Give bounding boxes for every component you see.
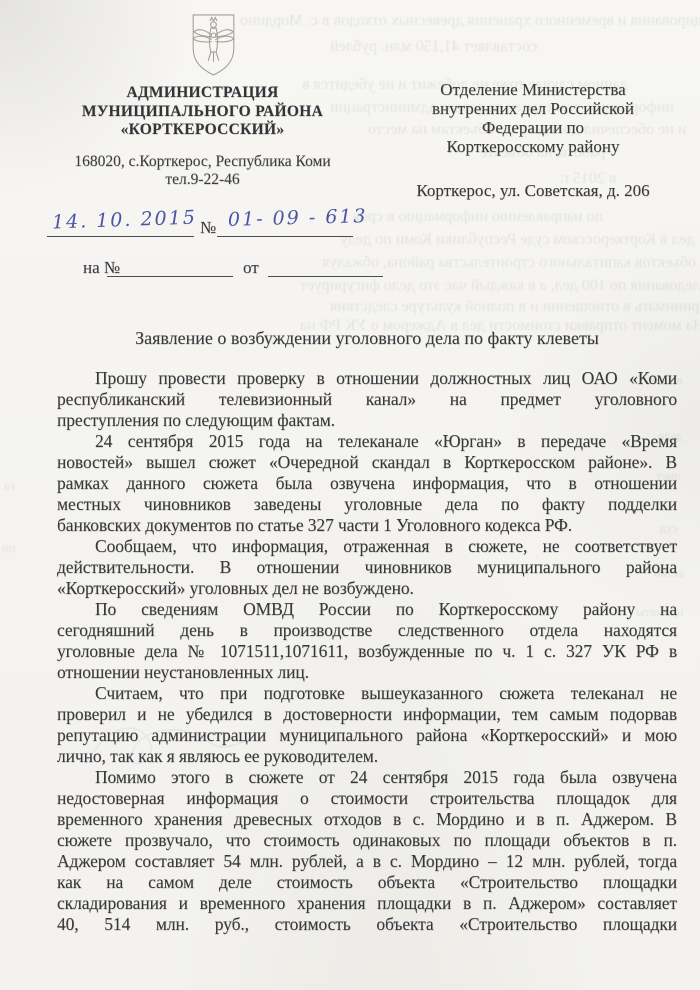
document-title: Заявление о возбуждении уголовного дела … bbox=[57, 328, 677, 349]
bleedthrough-text: объектов капитального строительства райо… bbox=[322, 254, 696, 272]
scanned-letter-page: дирования и временного хранения древесны… bbox=[0, 0, 700, 990]
bleedthrough-text: мост принимать в отношении и в полной ку… bbox=[330, 298, 700, 316]
body-line: действительности. В отношении чиновников… bbox=[57, 557, 677, 578]
body-line: Аджером составляет 54 млн. рублей, а в с… bbox=[57, 851, 677, 872]
body-line: «Корткеросский» уголовных дел не возбужд… bbox=[57, 578, 677, 599]
body-line: временного хранения древесных отходов в … bbox=[57, 809, 677, 830]
body-line: рамках данного сюжета была озвучена инфо… bbox=[57, 473, 677, 494]
org-phone: тел.9-22-46 bbox=[30, 171, 375, 190]
org-name-line: МУНИЦИПАЛЬНОГО РАЙОНА bbox=[30, 103, 375, 122]
bleedthrough-text: по направлению информацию в срок bbox=[352, 208, 603, 226]
reply-to-blank bbox=[107, 276, 233, 277]
body-line: складирования и временного хранения площ… bbox=[57, 893, 677, 914]
document-body: Прошу провести проверку в отношении долж… bbox=[57, 368, 677, 935]
body-line: как на самом деле стоимость объекта «Стр… bbox=[57, 872, 677, 893]
body-line: уголовные дела № 1071511,1071611, возбуж… bbox=[57, 641, 677, 662]
reply-from-label: от bbox=[243, 258, 259, 278]
body-line: республиканский телевизионный канал» на … bbox=[57, 389, 677, 410]
sender-letterhead: АДМИНИСТРАЦИЯ МУНИЦИПАЛЬНОГО РАЙОНА «КОР… bbox=[30, 84, 375, 190]
body-line: новостей» вышел сюжет «Очередной скандал… bbox=[57, 452, 677, 473]
body-line: По сведениям ОМВД России по Корткеросско… bbox=[57, 599, 677, 620]
bleedthrough-text: по bbox=[2, 540, 15, 556]
body-line: Прошу провести проверку в отношении долж… bbox=[57, 368, 677, 389]
org-name-line: «КОРТКЕРОССКИЙ» bbox=[30, 121, 375, 140]
date-underline bbox=[47, 236, 194, 237]
body-line: недостоверная информация о стоимости стр… bbox=[57, 788, 677, 809]
bleedthrough-text: дирования и временного хранения древесны… bbox=[240, 12, 700, 30]
recipient-line: Отделение Министерства bbox=[378, 80, 688, 99]
body-line: преступления по следующим фактам. bbox=[57, 410, 677, 431]
reply-to-label: на № bbox=[83, 258, 120, 278]
org-address-line: 168020, с.Корткерос, Республика Коми bbox=[30, 153, 375, 172]
bleedthrough-text: составляет 41,150 млн. рублей bbox=[330, 38, 537, 56]
body-line: местных чиновников заведены уголовные де… bbox=[57, 494, 677, 515]
recipient-address: Корткерос, ул. Советская, д. 206 bbox=[378, 181, 688, 200]
bleedthrough-text: га bbox=[4, 478, 15, 494]
body-line: отношении неустановленных лиц. bbox=[57, 662, 677, 683]
body-line: сюжете прозвучало, что стоимость одинако… bbox=[57, 830, 677, 851]
body-line: проверил и не убедился в достоверности и… bbox=[57, 704, 677, 725]
komi-coat-of-arms-icon bbox=[187, 11, 240, 79]
handwritten-outgoing-number: 01- 09 - 613 bbox=[228, 205, 368, 231]
recipient-line: Федерации по bbox=[378, 118, 688, 137]
body-line: Сообщаем, что информация, отраженная в с… bbox=[57, 536, 677, 557]
body-line: Считаем, что при подготовке вышеуказанно… bbox=[57, 683, 677, 704]
body-line: сегодняшний день в производстве следстве… bbox=[57, 620, 677, 641]
reply-from-blank bbox=[268, 276, 383, 277]
body-line: лично, так как я являюсь ее руководителе… bbox=[57, 746, 677, 767]
body-line: Помимо этого в сюжете от 24 сентября 201… bbox=[57, 767, 677, 788]
bleedthrough-text: след расследования по 100 дел, а в кажды… bbox=[300, 277, 700, 295]
bleedthrough-text: дел в Корткеросском суде Республики Коми… bbox=[340, 231, 695, 249]
body-line: банковских документов по статье 327 част… bbox=[57, 515, 677, 536]
recipient-line: внутренних дел Российской bbox=[378, 99, 688, 118]
number-sign-label: № bbox=[200, 218, 216, 238]
body-line: репутацию администрации муниципального р… bbox=[57, 725, 677, 746]
number-underline bbox=[217, 236, 353, 237]
recipient-line: Корткеросскому району bbox=[378, 137, 688, 156]
org-name-line: АДМИНИСТРАЦИЯ bbox=[30, 84, 375, 103]
recipient-block: Отделение Министерства внутренних дел Ро… bbox=[378, 80, 688, 200]
handwritten-date: 14. 10. 2015 bbox=[52, 206, 198, 233]
body-line: 24 сентября 2015 года на телеканале «Юрг… bbox=[57, 431, 677, 452]
body-line: 40, 514 млн. руб., стоимость объекта «Ст… bbox=[57, 914, 677, 935]
